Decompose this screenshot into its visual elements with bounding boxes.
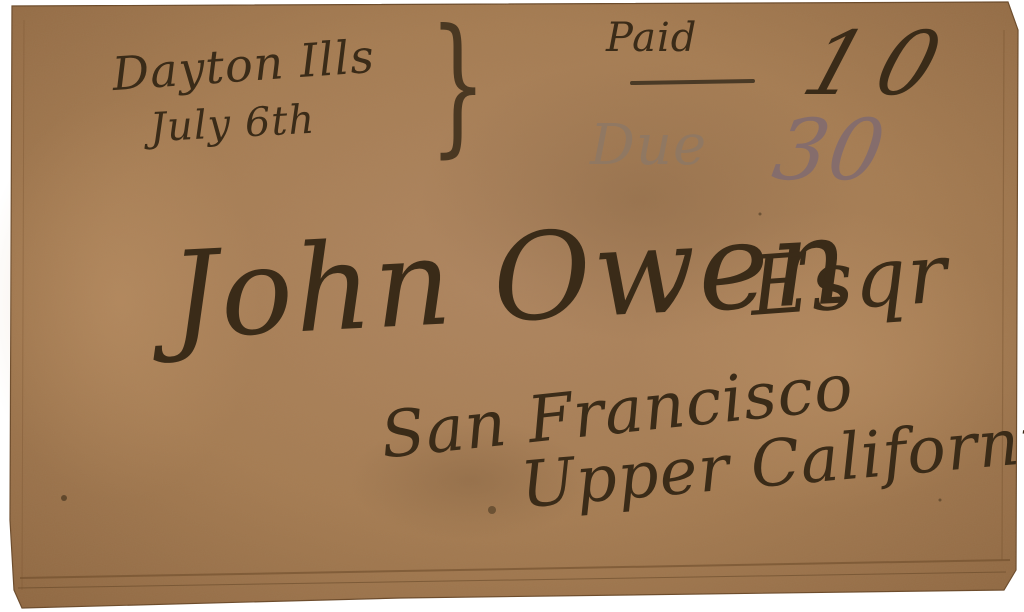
due-amount: 30 bbox=[768, 108, 892, 192]
origin-date: July 6th bbox=[149, 100, 316, 149]
paid-marking: Paid bbox=[606, 18, 697, 58]
scanned-envelope-scene: Dayton Ills July 6th } Paid 10 Due 30 Jo… bbox=[0, 0, 1024, 612]
due-marking: Due bbox=[590, 118, 707, 174]
paid-rate: 10 bbox=[794, 20, 967, 108]
addressee-title: Esqr bbox=[747, 233, 950, 329]
brace-mark: } bbox=[429, 10, 487, 160]
